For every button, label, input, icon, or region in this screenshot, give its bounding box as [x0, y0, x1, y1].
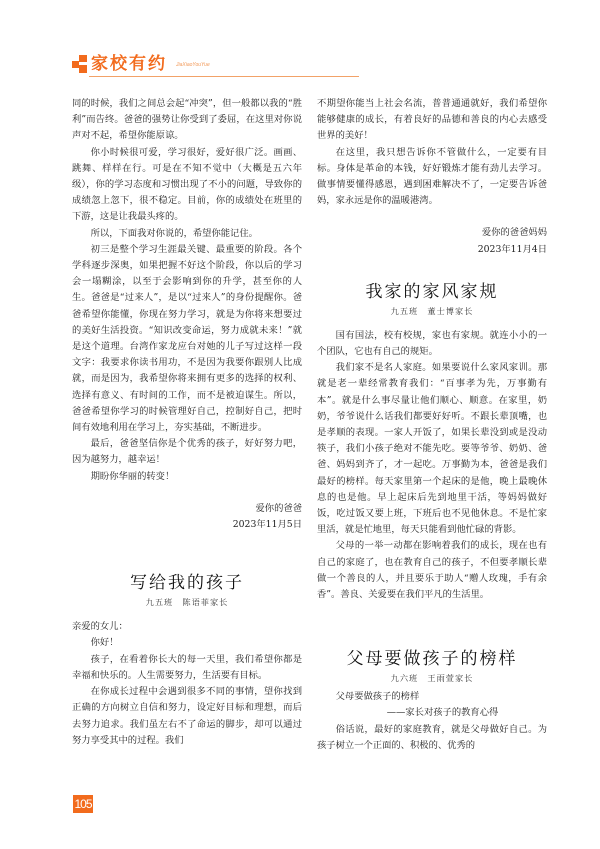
paragraph: 国有国法，校有校规，家也有家规。就连小小的一个团队，它也有自己的规矩。 [317, 328, 547, 360]
article-byline: 九五班 陈语菲家长 [72, 595, 302, 609]
paragraph: 父母的一举一动都在影响着我们的成长，现在也有自己的家庭了，也在教育自己的孩子，不… [317, 538, 547, 603]
article-title: 父母要做孩子的榜样 [317, 647, 547, 671]
date: 2023年11月5日 [72, 517, 302, 533]
paragraph: 期盼你华丽的转变！ [72, 469, 302, 485]
left-column: 同的时候，我们之间总会起“冲突”，但一般都以我的“胜利”而告终。爸爸的强势让你受… [72, 96, 302, 749]
paragraph: 不期望你能当上社会名流，普普通通就好，我们希望你能够健康的成长，有着良好的品德和… [317, 96, 547, 145]
section-header: 家校有约 JiaXiaoYouYue [72, 52, 287, 82]
logo-squares-icon [72, 55, 88, 73]
paragraph: 初三是整个学习生涯最关键、最重要的阶段。各个学科逐步深奥，如果把握不好这个阶段，… [72, 242, 302, 436]
article-subtitle-2: ——家长对孩子的教育心得 [317, 705, 547, 721]
signature: 爱你的爸爸 [72, 501, 302, 517]
article-title: 我家的家风家规 [317, 280, 547, 304]
paragraph: 你小时候很可爱，学习很好，爱好很广泛。画画、跳舞、样样在行。可是在不知不觉中（大… [72, 145, 302, 226]
paragraph: 我们家不是名人家庭。如果要说什么家风家训。那就是老一辈经常教育我们：“百事孝为先… [317, 360, 547, 538]
signature: 爱你的爸爸妈妈 [317, 225, 547, 241]
section-subtitle: JiaXiaoYouYue [176, 62, 210, 68]
page-number: 105 [73, 795, 93, 813]
paragraph: 同的时候，我们之间总会起“冲突”，但一般都以我的“胜利”而告终。爸爸的强势让你受… [72, 96, 302, 145]
article-subtitle: 父母要做孩子的榜样 [317, 689, 547, 705]
paragraph: 在你成长过程中会遇到很多不同的事情，望你找到正确的方向树立自信和努力，设定好目标… [72, 684, 302, 749]
paragraph: 在这里，我只想告诉你不管做什么，一定要有目标。身体是革命的本钱，好好锻炼才能有劲… [317, 145, 547, 210]
article-byline: 九六班 王雨萱家长 [317, 671, 547, 685]
paragraph: 所以，下面我对你说的，希望你能记住。 [72, 226, 302, 242]
header-divider [89, 76, 359, 77]
date: 2023年11月4日 [317, 242, 547, 258]
paragraph: 俗话说，最好的家庭教育，就是父母做好自己。为孩子树立一个正面的、积极的、优秀的 [317, 722, 547, 754]
section-title: 家校有约 [91, 52, 167, 76]
right-column: 不期望你能当上社会名流，普普通通就好，我们希望你能够健康的成长，有着良好的品德和… [317, 96, 547, 754]
greeting: 亲爱的女儿： [72, 619, 302, 635]
salutation: 你好！ [72, 635, 302, 651]
paragraph: 孩子，在看着你长大的每一天里，我们希望你都是幸福和快乐的。人生需要努力，生活要有… [72, 652, 302, 684]
article-byline: 九五班 董士博家长 [317, 304, 547, 318]
article-title: 写给我的孩子 [72, 571, 302, 595]
paragraph: 最后，爸爸坚信你是个优秀的孩子，好好努力吧，因为越努力，越幸运！ [72, 436, 302, 468]
